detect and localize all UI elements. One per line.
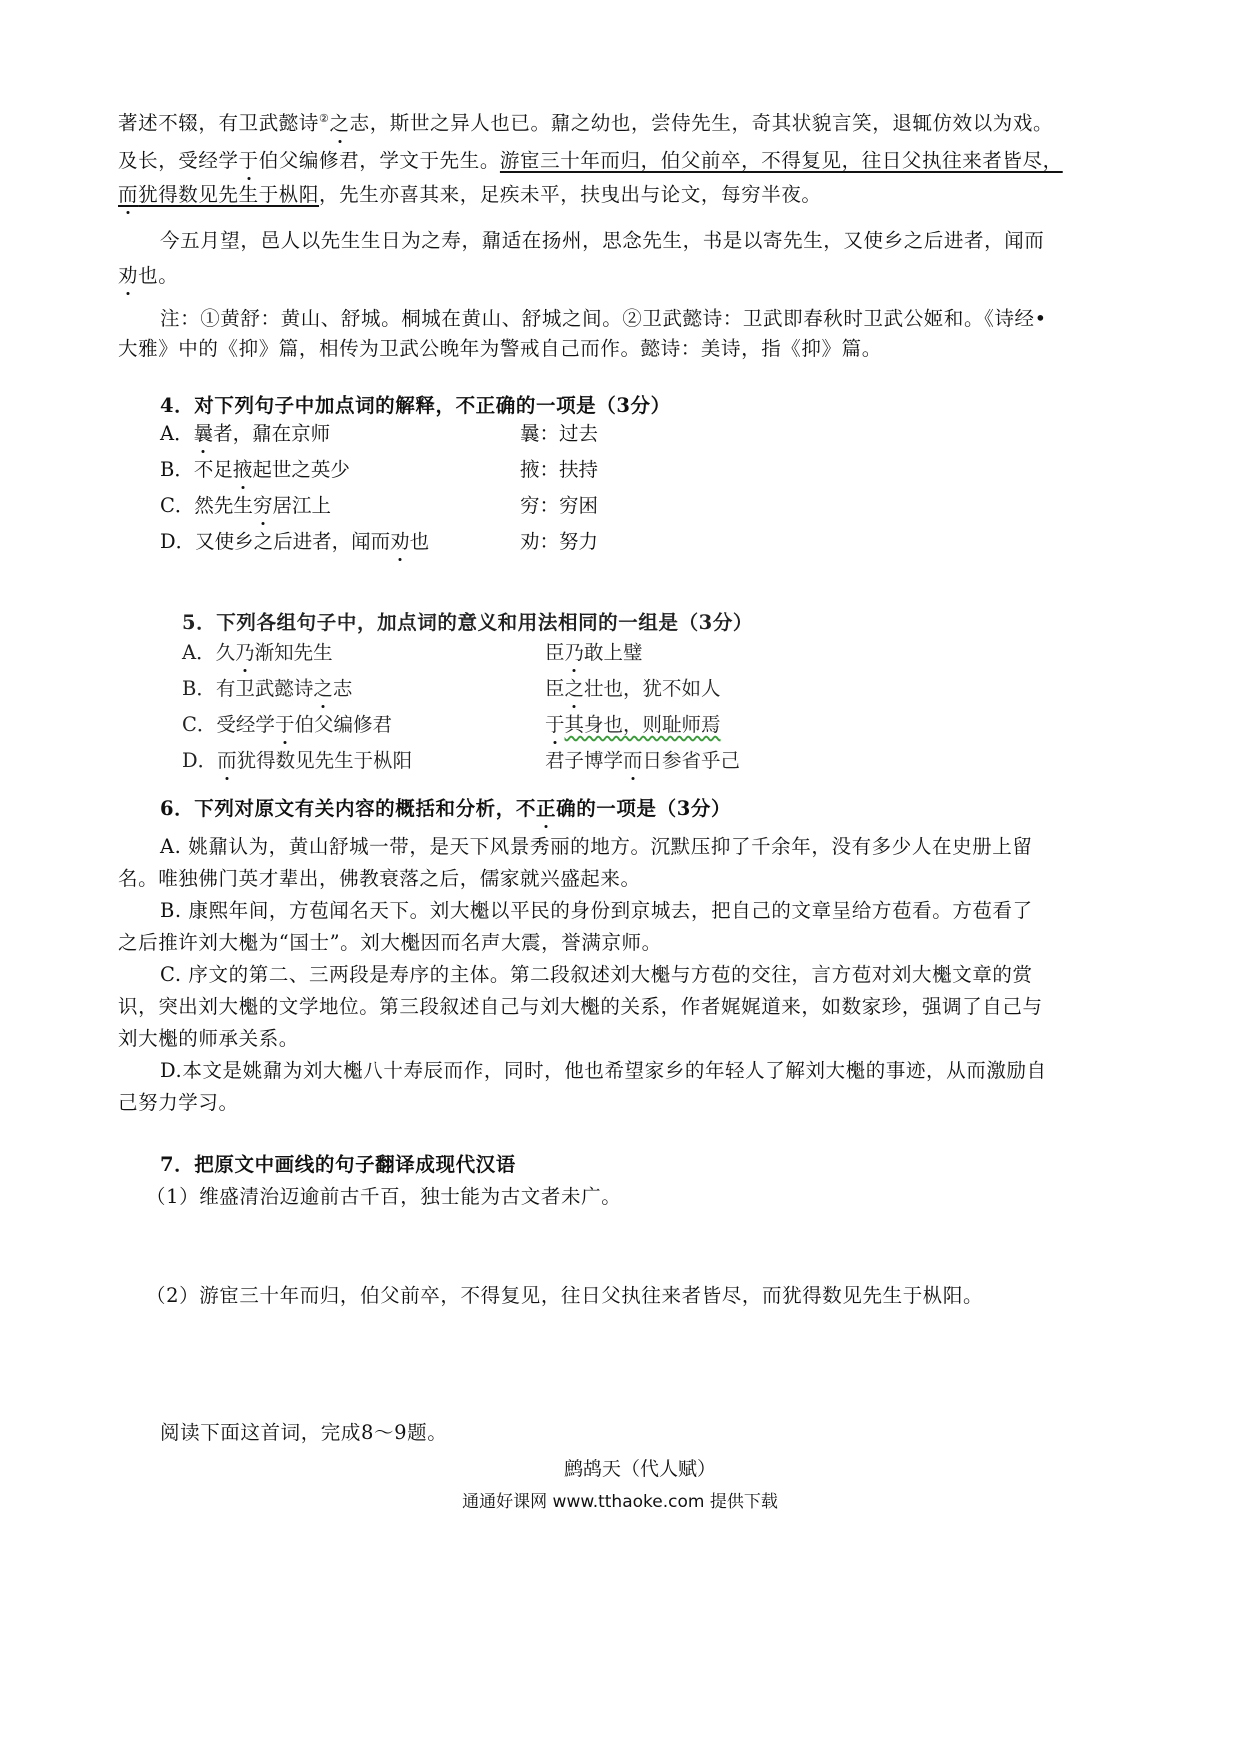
option-text: 居江上 bbox=[272, 494, 331, 517]
q5-option-c: C．受经学于伯父编修君 于其身也，则耻师焉 bbox=[0, 712, 1240, 738]
option-text: 伯父编修君 bbox=[294, 713, 392, 736]
option-text: 日参省乎己 bbox=[643, 749, 741, 772]
dotted-word: 而 bbox=[217, 749, 237, 772]
q4-option-c: C．然先生穷居江上 穷：穷困 bbox=[0, 493, 1240, 519]
q5-option-a: A．久乃渐知先生 臣乃敢上璧 bbox=[0, 640, 1240, 666]
q6-option-c: C. 序文的第二、三两段是寿序的主体。第二段叙述刘大櫆与方苞的交往，言方苞对刘大… bbox=[160, 962, 1033, 988]
passage-text: 也。 bbox=[138, 264, 178, 287]
dotted-word: 于 bbox=[275, 713, 295, 736]
dotted-word: 不正确 bbox=[516, 797, 576, 820]
q4-option-b: B．不足掖起世之英少 掖：扶持 bbox=[0, 457, 1240, 483]
q6-option-c-cont: 识，突出刘大櫆的文学地位。第三段叙述自己与刘大櫆的关系，作者娓娓道来，如数家珍，… bbox=[118, 994, 1043, 1020]
underlined-sentence: 游宦三十年而归，伯父前卒，不得复见，往日父执往来者皆尽， bbox=[500, 149, 1063, 172]
option-text: 志 bbox=[333, 677, 353, 700]
exam-page: 著述不辍，有卫武懿诗②之志，斯世之异人也已。鼐之幼也，尝侍先生，奇其状貌言笑，退… bbox=[0, 0, 1240, 1754]
q5-option-b: B．有卫武懿诗之志 臣之壮也，犹不如人 bbox=[0, 676, 1240, 702]
option-label: A． bbox=[160, 422, 194, 445]
passage-line: 及长，受经学于伯父编修君，学文于先生。游宦三十年而归，伯父前卒，不得复见，往日父… bbox=[118, 148, 1063, 174]
option-text: 有卫武懿诗 bbox=[216, 677, 314, 700]
passage-text: 志，斯世之异人也已。鼐之幼也，尝侍先生，奇其状貌言笑，退辄仿效以为戏。 bbox=[350, 112, 1054, 135]
stem-text: 6．下列对原文有关内容的概括和分析， bbox=[160, 797, 516, 820]
option-text: 君子博学 bbox=[545, 749, 623, 772]
note-line: 注：①黄舒：黄山、舒城。桐城在黄山、舒城之间。②卫武懿诗：卫武即春秋时卫武公姬和… bbox=[160, 306, 1047, 332]
poem-title: 鹧鸪天（代人赋） bbox=[20, 1454, 1240, 1481]
passage-text: 伯父编修君，学文于先生。 bbox=[259, 149, 500, 172]
passage-text: 今五月望，邑人以先生生日为之寿，鼐适在扬州，思念先生，书是以寄先生，又使乡之后进… bbox=[160, 229, 1044, 252]
option-text: 敢上璧 bbox=[584, 641, 643, 664]
q4-option-a: A．曩者，鼐在京师 曩：过去 bbox=[0, 421, 1240, 447]
option-explanation: 穷：穷困 bbox=[520, 493, 598, 519]
dotted-word: 劝 bbox=[118, 264, 138, 287]
option-explanation: 曩：过去 bbox=[520, 421, 598, 447]
option-text: 又使乡之后进者，闻而 bbox=[195, 530, 390, 553]
passage-line: 而犹得数见先生于枞阳，先生亦喜其来，足疾未平，扶曳出与论文，每穷半夜。 bbox=[118, 182, 822, 208]
option-text: 起世之英少 bbox=[252, 458, 350, 481]
option-explanation: 掖：扶持 bbox=[520, 457, 598, 483]
q6-option-a: A. 姚鼐认为，黄山舒城一带，是天下风景秀丽的地方。沉默压抑了千余年，没有多少人… bbox=[160, 834, 1032, 860]
passage-line: 今五月望，邑人以先生生日为之寿，鼐适在扬州，思念先生，书是以寄先生，又使乡之后进… bbox=[160, 228, 1044, 254]
passage-text: 及长，受经学 bbox=[118, 149, 239, 172]
passage-text: 著述不辍，有卫武懿诗 bbox=[118, 112, 319, 135]
option-label: A． bbox=[182, 641, 216, 664]
q7-sentence-2: （2）游宦三十年而归，伯父前卒，不得复见，往日父执往来者皆尽，而犹得数见先生于枞… bbox=[146, 1283, 983, 1309]
dotted-word: 而 bbox=[118, 183, 138, 206]
option-text: 受经学 bbox=[216, 713, 275, 736]
option-label: B． bbox=[182, 677, 216, 700]
stem-text: 的一项是（3分） bbox=[576, 797, 731, 820]
dotted-word: 乃 bbox=[235, 641, 255, 664]
dotted-word: 而 bbox=[623, 749, 643, 772]
q5-option-d: D．而犹得数见先生于枞阳 君子博学而日参省乎己 bbox=[0, 748, 1240, 774]
dotted-word: 于 bbox=[545, 713, 565, 736]
dotted-word: 曩 bbox=[194, 422, 214, 445]
dotted-word: 穷 bbox=[253, 494, 273, 517]
option-text: 壮也，犹不如人 bbox=[584, 677, 721, 700]
q6-option-a-cont: 名。唯独佛门英才辈出，佛教衰落之后，儒家就兴盛起来。 bbox=[118, 866, 641, 892]
option-text: 臣 bbox=[545, 641, 565, 664]
q6-option-c-cont: 刘大櫆的师承关系。 bbox=[118, 1026, 299, 1052]
question-6-stem: 6．下列对原文有关内容的概括和分析，不正确的一项是（3分） bbox=[160, 796, 731, 822]
dotted-word: 乃 bbox=[565, 641, 585, 664]
option-text: 不足 bbox=[194, 458, 233, 481]
dotted-word: 掖 bbox=[233, 458, 253, 481]
option-explanation: 劝：努力 bbox=[520, 529, 598, 555]
dotted-word: 之 bbox=[313, 677, 333, 700]
option-text: 者，鼐在京师 bbox=[213, 422, 330, 445]
question-5-stem: 5．下列各组句子中，加点词的意义和用法相同的一组是（3分） bbox=[182, 610, 753, 636]
passage-line: 著述不辍，有卫武懿诗②之志，斯世之异人也已。鼐之幼也，尝侍先生，奇其状貌言笑，退… bbox=[118, 106, 1053, 137]
underlined-sentence: 犹得数见先生于枞阳 bbox=[138, 183, 319, 206]
q4-option-d: D．又使乡之后进者，闻而劝也 劝：努力 bbox=[0, 529, 1240, 555]
passage-text: ，先生亦喜其来，足疾未平，扶曳出与论文，每穷半夜。 bbox=[319, 183, 822, 206]
option-label: C． bbox=[182, 713, 216, 736]
question-4-stem: 4．对下列句子中加点词的解释，不正确的一项是（3分） bbox=[160, 393, 671, 419]
q6-option-b-cont: 之后推许刘大櫆为“国士”。刘大櫆因而名声大震，誉满京师。 bbox=[118, 930, 662, 956]
note-line: 大雅》中的《抑》篇，相传为卫武公晚年为警戒自己而作。懿诗：美诗，指《抑》篇。 bbox=[118, 336, 882, 362]
option-label: D． bbox=[160, 530, 195, 553]
footnote-ref: ② bbox=[319, 112, 329, 125]
q7-sentence-1: （1）维盛清治迈逾前古千百，独士能为古文者未广。 bbox=[146, 1184, 621, 1210]
option-label: D． bbox=[182, 749, 217, 772]
dotted-word: 之 bbox=[565, 677, 585, 700]
option-label: B． bbox=[160, 458, 194, 481]
passage-line: 劝也。 bbox=[118, 263, 178, 289]
dotted-word: 劝 bbox=[390, 530, 410, 553]
option-text: 久 bbox=[216, 641, 236, 664]
q6-option-d-cont: 己努力学习。 bbox=[118, 1090, 239, 1116]
q6-option-b: B. 康熙年间，方苞闻名天下。刘大櫆以平民的身份到京城去，把自己的文章呈给方苞看… bbox=[160, 898, 1033, 924]
option-text: 渐知先生 bbox=[255, 641, 333, 664]
option-text: 其身也，则耻师焉 bbox=[565, 713, 721, 736]
question-7-stem: 7．把原文中画线的句子翻译成现代汉语 bbox=[160, 1152, 516, 1178]
option-label: C． bbox=[160, 494, 194, 517]
dotted-word: 之 bbox=[329, 112, 349, 135]
option-text: 犹得数见先生于枞阳 bbox=[237, 749, 413, 772]
dotted-word: 于 bbox=[239, 149, 259, 172]
option-text: 也 bbox=[410, 530, 430, 553]
section-intro: 阅读下面这首词，完成8～9题。 bbox=[160, 1420, 447, 1446]
q6-option-d: D.本文是姚鼐为刘大櫆八十寿辰而作，同时，他也希望家乡的年轻人了解刘大櫆的事迹，… bbox=[160, 1058, 1047, 1084]
option-text: 然先生 bbox=[194, 494, 253, 517]
option-text: 臣 bbox=[545, 677, 565, 700]
footer-credit: 通通好课网 www.tthaoke.com 提供下载 bbox=[0, 1487, 1240, 1512]
